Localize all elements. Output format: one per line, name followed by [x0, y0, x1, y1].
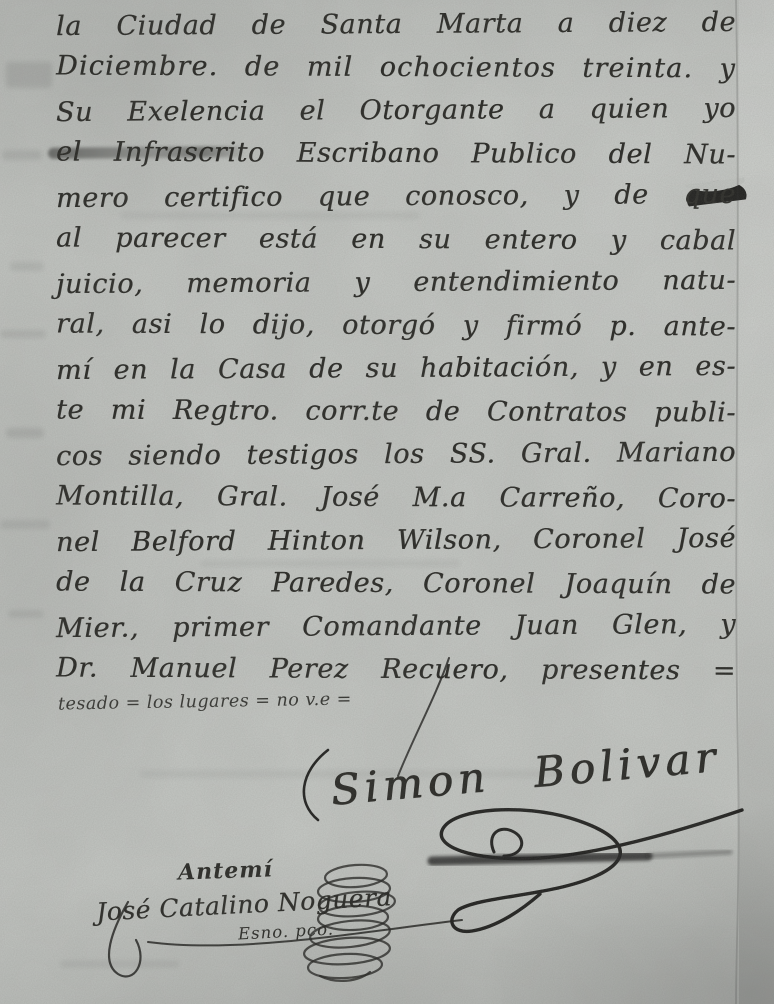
bleedthrough-mark — [0, 330, 46, 338]
notary-name: José Catalino Noguera — [95, 882, 392, 926]
manuscript-line: Su Exelencia el Otorgante a quien yo — [56, 87, 736, 134]
manuscript-line: nel Belford Hinton Wilson, Coronel José — [56, 517, 736, 564]
bleedthrough-mark — [6, 62, 52, 88]
bleedthrough-mark — [2, 150, 42, 160]
notary-title: Esno. pco. — [238, 920, 335, 944]
bleedthrough-mark — [0, 520, 50, 529]
manuscript-line: Diciembre. de mil ochocientos treinta. y — [56, 45, 736, 91]
manuscript-line: juicio, memoria y entendimiento natu- — [56, 259, 736, 306]
signature-rubric — [441, 810, 742, 932]
manuscript-line: el Infrascrito Escribano Publico del Nu- — [56, 131, 736, 177]
bleedthrough-mark — [60, 960, 180, 968]
manuscript-line: al parecer está en su entero y cabal — [56, 217, 736, 263]
bleedthrough-mark — [10, 262, 44, 271]
notarial-cancellation-note: tesado = los lugares = no v.e = — [58, 689, 352, 714]
bleedthrough-mark — [8, 610, 44, 618]
manuscript-line: la Ciudad de Santa Marta a diez de — [56, 1, 736, 48]
notary-ante-mi: Antemí — [178, 856, 274, 885]
signature-rubric-inner-loop — [492, 829, 522, 856]
manuscript-line: mero certifico que conosco, y de que — [56, 173, 736, 220]
signature-lead-stroke — [304, 750, 328, 820]
page-edge-margin — [739, 0, 774, 1004]
signature-rubric-smear — [432, 856, 648, 861]
manuscript-line: Mier., primer Comandante Juan Glen, y — [56, 603, 736, 650]
manuscript-text: la Ciudad de Santa Marta a diez de Dicie… — [56, 3, 736, 691]
manuscript-line: de la Cruz Paredes, Coronel Joaquín de — [56, 561, 736, 607]
manuscript-line: cos siendo testigos los SS. Gral. Marian… — [56, 431, 736, 478]
manuscript-line: Dr. Manuel Perez Recuero, presentes = — [56, 647, 736, 693]
bleedthrough-mark — [6, 428, 44, 438]
manuscript-line: Montilla, Gral. José M.a Carreño, Coro- — [56, 475, 736, 521]
bolivar-signature: Simon Bolivar — [329, 730, 742, 815]
manuscript-line: ral, asi lo dijo, otorgó y firmó p. ante… — [56, 303, 736, 349]
signature-rubric-smear-fade — [648, 852, 730, 856]
manuscript-page: la Ciudad de Santa Marta a diez de Dicie… — [0, 0, 774, 1004]
manuscript-line: mí en la Casa de su habitación, y en es- — [56, 345, 736, 392]
manuscript-line: te mi Regtro. corr.te de Contratos publi… — [56, 389, 736, 435]
